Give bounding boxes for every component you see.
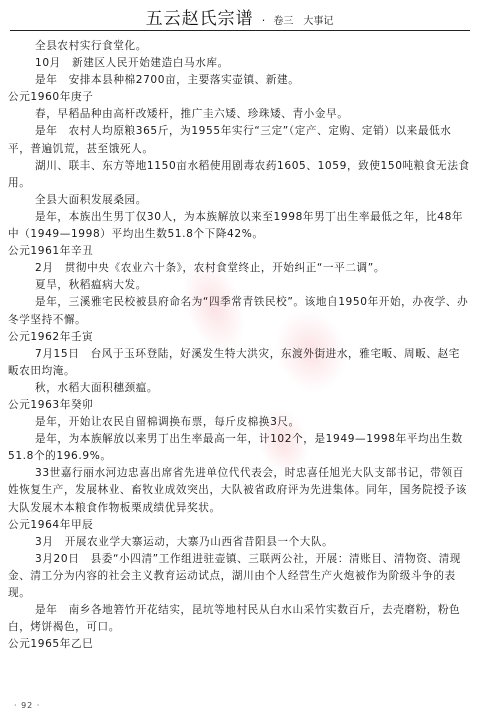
entry-paragraph: 10月 新建区人民开始建造白马水库。 (8, 55, 470, 72)
entry-paragraph: 是年，三溪雅宅民校被县府命名为“四季常青铁民校”。该地自1950年开始，办夜学、… (8, 294, 470, 328)
year-heading: 公元1960年庚子 (8, 89, 470, 106)
header-rule (10, 30, 470, 31)
entry-paragraph: 3月 开展农业学大寨运动，大寨乃山西省昔阳县一个大队。 (8, 534, 470, 551)
entry-paragraph: 是年，本族出生男丁仅30人，为本族解放以来至1998年男丁出生率最低之年，比48… (8, 209, 470, 243)
chronicle-body: 全县农村实行食堂化。10月 新建区人民开始建造白马水库。是年 安排本县种棉270… (8, 38, 470, 653)
entry-paragraph: 3月20日 县委“小四清”工作组进驻壶镇、三联两公社，开展：清账目、清物资、清现… (8, 551, 470, 602)
year-heading: 公元1963年癸卯 (8, 397, 470, 414)
entry-paragraph: 7月15日 台风于玉环登陆，好溪发生特大洪灾，东渡外街进水，雅宅畈、周畈、赵宅畈… (8, 346, 470, 380)
entry-paragraph: 秋，水稻大面积穗颈瘟。 (8, 380, 470, 397)
entry-paragraph: 是年，为本族解放以来男丁出生率最高一年，计102个，是1949—1998年平均出… (8, 431, 470, 465)
entry-paragraph: 湖川、联丰、东方等地1150亩水稻使用剧毒农药1605、1059，致使150吨粮… (8, 158, 470, 192)
entry-paragraph: 是年 安排本县种棉2700亩，主要落实壶镇、新建。 (8, 72, 470, 89)
entry-paragraph: 是年 农村人均原粮365斤，为1955年实行“三定”（定产、定购、定销）以来最低… (8, 123, 470, 157)
entry-paragraph: 春，早稻品种由高杆改矮杆，推广圭六矮、珍珠矮、青小金早。 (8, 106, 470, 123)
year-heading: 公元1962年壬寅 (8, 329, 470, 346)
entry-paragraph: 全县大面积发展桑园。 (8, 192, 470, 209)
book-title: 五云赵氏宗谱 (146, 9, 254, 29)
entry-paragraph: 是年 南乡各地箬竹开花结实，昆坑等地村民从白水山采竹实数百斤，去壳磨粉，粉色白，… (8, 602, 470, 636)
page-number: · 92 · (14, 701, 40, 710)
entry-paragraph: 33世嘉行丽水河边忠喜出席省先进单位代代表会，时忠喜任旭光大队支部书记，带领百姓… (8, 465, 470, 516)
entry-paragraph: 夏旱，秋稻瘟病大发。 (8, 277, 470, 294)
year-heading: 公元1961年辛丑 (8, 243, 470, 260)
entry-paragraph: 全县农村实行食堂化。 (8, 38, 470, 55)
year-heading: 公元1964年甲辰 (8, 517, 470, 534)
entry-paragraph: 2月 贯彻中央《农业六十条》，农村食堂终止，开始纠正“一平二调”。 (8, 260, 470, 277)
header-separator: · (262, 14, 266, 27)
document-page: 五云赵氏宗谱 · 卷三 大事记 全县农村实行食堂化。10月 新建区人民开始建造白… (0, 0, 477, 726)
entry-paragraph: 是年，开始让农民自留棉调换布票，每斤皮棉换3尺。 (8, 414, 470, 431)
year-heading: 公元1965年乙巳 (8, 636, 470, 653)
chapter-title: 卷三 大事记 (273, 16, 333, 27)
running-header: 五云赵氏宗谱 · 卷三 大事记 (8, 4, 471, 30)
